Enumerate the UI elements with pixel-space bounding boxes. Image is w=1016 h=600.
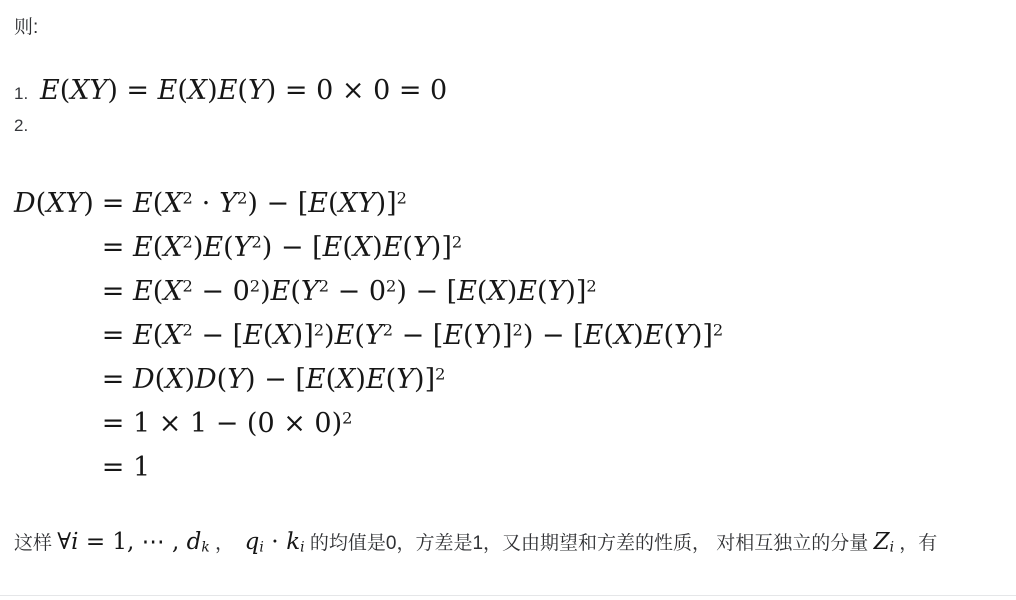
document-body: 则: 1.E(XY) = E(X)E(Y) = 0 × 0 = 0 2. D(X…	[0, 0, 1016, 562]
list-marker: 2.	[14, 116, 34, 136]
equation-rhs: = E(X2)E(Y2) − [E(X)E(Y)]2	[102, 226, 1002, 270]
footer-text: 这样	[14, 533, 57, 554]
closing-paragraph: 这样 ∀i = 1, ⋯ , dk ， qi ⋅ ki 的均值是0，方差是1，又…	[14, 524, 999, 562]
equation-rhs: = E(X2 − [E(X)]2)E(Y2 − [E(Y)]2) − [E(X)…	[102, 314, 1002, 358]
equation-lhs-spacer	[14, 402, 94, 446]
list-item: 2.	[14, 116, 1002, 138]
intro-text: 则:	[14, 15, 1002, 41]
list-item: 1.E(XY) = E(X)E(Y) = 0 × 0 = 0	[14, 74, 1002, 108]
equation-lhs-spacer	[14, 226, 94, 270]
inline-math-expression: qi ⋅ ki	[245, 529, 305, 555]
footer-text: ，有	[894, 533, 937, 554]
equation-rhs: = E(X2 − 02)E(Y2 − 02) − [E(X)E(Y)]2	[102, 270, 1002, 314]
equation-lhs-spacer	[14, 270, 94, 314]
equation-rhs: = D(X)D(Y) − [E(X)E(Y)]2	[102, 358, 1002, 402]
display-equation-block: D(XY)= E(X2 ⋅ Y2) − [E(XY)]2 = E(X2)E(Y2…	[14, 182, 1002, 490]
footer-text: ，	[210, 533, 245, 554]
equation-rhs: = E(X2 ⋅ Y2) − [E(XY)]2	[102, 182, 1002, 226]
equation-rhs: = 1	[102, 446, 1002, 490]
equation-lhs: D(XY)	[14, 182, 94, 226]
ordered-list: 1.E(XY) = E(X)E(Y) = 0 × 0 = 0 2.	[14, 74, 1002, 138]
inline-math-expression: ∀i = 1, ⋯ , dk	[57, 529, 209, 555]
bottom-divider	[0, 595, 1016, 596]
inline-math-expression: Zi	[874, 529, 894, 555]
inline-math-expression: E(XY) = E(X)E(Y) = 0 × 0 = 0	[40, 74, 447, 108]
footer-text: 的均值是0，方差是1，又由期望和方差的性质， 对相互独立的分量	[305, 533, 874, 554]
equation-lhs-spacer	[14, 446, 94, 490]
equation-rhs: = 1 × 1 − (0 × 0)2	[102, 402, 1002, 446]
equation-lhs-spacer	[14, 358, 94, 402]
equation-lhs-spacer	[14, 314, 94, 358]
list-marker: 1.	[14, 84, 34, 104]
